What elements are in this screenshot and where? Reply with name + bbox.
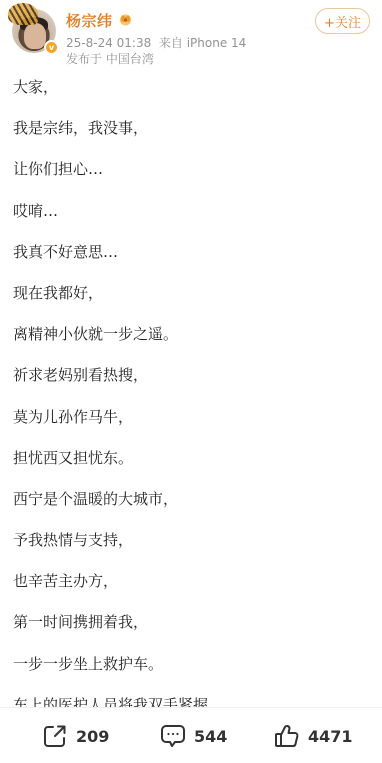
post-line: 西宁是个温暖的大城市， <box>13 488 369 529</box>
action-bar: 209 544 4471 <box>0 707 382 763</box>
post-line: 现在我都好， <box>13 282 369 323</box>
like-count: 4471 <box>308 727 353 746</box>
post-header: v 杨宗纬 25-8-24 01:38 来自 iPhone 14 发布于 中国台… <box>0 0 382 72</box>
post-line: 我真不好意思… <box>13 241 369 282</box>
post-line: 我是宗纬，我没事， <box>13 117 369 158</box>
post-line: 让你们担心… <box>13 158 369 199</box>
post-line: 也辛苦主办方， <box>13 570 369 611</box>
comment-icon <box>160 723 186 749</box>
thumbs-up-icon <box>274 723 300 749</box>
crown-icon <box>118 12 133 26</box>
repost-button[interactable]: 209 <box>42 722 109 750</box>
follow-button[interactable]: +关注 <box>315 8 370 34</box>
post-body: 大家， 我是宗纬，我没事， 让你们担心… 哎唷… 我真不好意思… 现在我都好， … <box>13 76 369 735</box>
avatar-face <box>24 23 46 49</box>
post-line: 予我热情与支持， <box>13 529 369 570</box>
post-line: 担忧西又担忧东。 <box>13 447 369 488</box>
like-button[interactable]: 4471 <box>274 722 353 750</box>
post-timestamp: 25-8-24 01:38 <box>66 36 151 50</box>
post-meta: 25-8-24 01:38 来自 iPhone 14 <box>66 34 246 51</box>
post-source: 来自 iPhone 14 <box>159 36 246 50</box>
comment-button[interactable]: 544 <box>160 722 227 750</box>
post-line: 第一时间携拥着我， <box>13 611 369 652</box>
post-line: 莫为儿孙作马牛， <box>13 406 369 447</box>
post-location: 发布于 中国台湾 <box>66 50 154 67</box>
weibo-post-screen: v 杨宗纬 25-8-24 01:38 来自 iPhone 14 发布于 中国台… <box>0 0 382 763</box>
share-icon <box>42 723 68 749</box>
post-line: 大家， <box>13 76 369 117</box>
comment-count: 544 <box>194 727 227 746</box>
avatar-tiger-frame-icon <box>8 3 38 25</box>
post-line: 一步一步坐上救护车。 <box>13 653 369 694</box>
post-line: 离精神小伙就一步之遥。 <box>13 323 369 364</box>
post-line: 祈求老妈别看热搜， <box>13 364 369 405</box>
author-name[interactable]: 杨宗纬 <box>66 10 113 31</box>
avatar[interactable]: v <box>12 9 56 53</box>
repost-count: 209 <box>76 727 109 746</box>
verified-badge-icon: v <box>44 40 59 55</box>
post-line: 哎唷… <box>13 200 369 241</box>
